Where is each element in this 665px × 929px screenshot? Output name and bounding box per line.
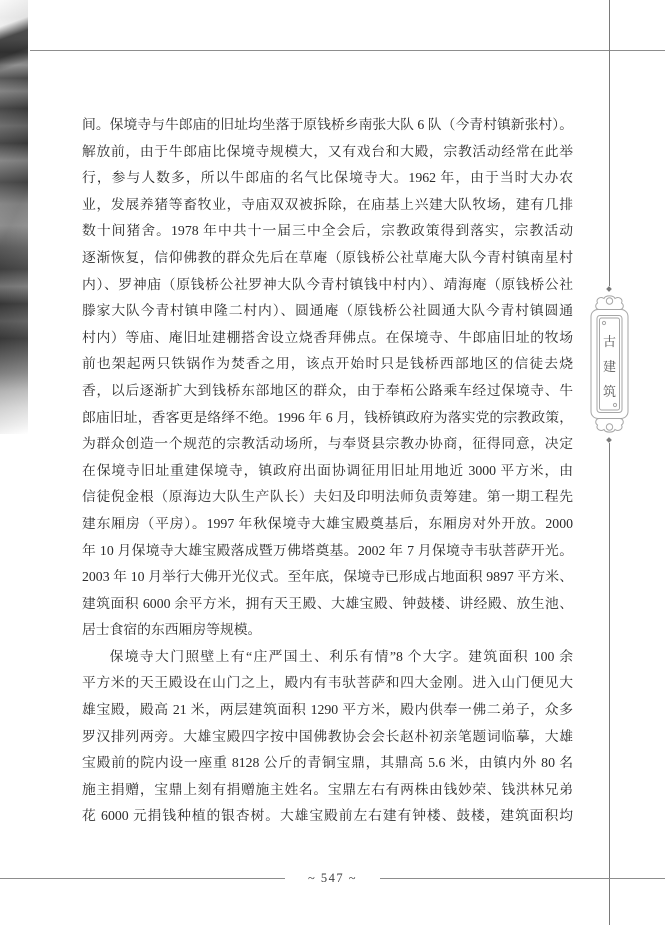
footer-rule-left (0, 878, 285, 879)
text-line: 业，发展养猪等畜牧业，寺庙双双被拆除，在庙基上兴建大队牧场，建有几排 (82, 192, 573, 219)
margin-photo (0, 0, 28, 434)
text-line: 村内）等庙、庵旧址建棚搭舍设立烧香拜佛点。在保境寺、牛郎庙旧址的牧场 (82, 325, 573, 352)
text-line: 在保境寺旧址重建保境寺，镇政府出面协调征用旧址用地近 3000 平方米，由 (82, 458, 573, 485)
text-line: 为群众创造一个规范的宗教活动场所，与奉贤县宗教办协商，征得同意，决定 (82, 431, 573, 458)
text-line: 内）、罗神庙（原钱桥公社罗神大队今青村镇钱中村内）、靖海庵（原钱桥公社 (82, 272, 573, 299)
text-line: 前也架起两只铁锅作为焚香之用，该点开始时只是钱桥西部地区的信徒去烧 (82, 351, 573, 378)
rule-end-dot-bottom (606, 437, 612, 443)
text-line: 2003 年 10 月举行大佛开光仪式。至年底，保境寺已形成占地面积 9897 … (82, 564, 573, 591)
chapter-tab-char-2: 建 (603, 359, 616, 374)
text-line: 数十间猪舍。1978 年中共十一届三中全会后，宗教政策得到落实，宗教活动 (82, 218, 573, 245)
text-line: 郎庙旧址，香客更是络绎不绝。1996 年 6 月，钱桥镇政府为落实党的宗教政策， (82, 405, 573, 432)
text-line: 建筑面积 6000 余平方米，拥有天王殿、大雄宝殿、钟鼓楼、讲经殿、放生池、 (82, 591, 573, 618)
text-line: 解放前，由于牛郎庙比保境寺规模大，又有戏台和大殿，宗教活动经常在此举 (82, 139, 573, 166)
right-vertical-rule-bottom (609, 443, 610, 925)
text-line: 信徒倪金根（原海边大队生产队长）夫妇及印明法师负责筹建。第一期工程先 (82, 484, 573, 511)
text-line: 香，以后逐渐扩大到钱桥东部地区的群众，由于奉柘公路乘车经过保境寺、牛 (82, 378, 573, 405)
text-line: 花 6000 元捐钱种植的银杏树。大雄宝殿前左右建有钟楼、鼓楼，建筑面积均 (82, 803, 573, 830)
chapter-tab-char-3: 筑 (603, 384, 616, 399)
book-page: 古 建 筑 间。保境寺与牛郎庙的旧址均坐落于原钱桥乡南张大队 6 队（今青村镇新… (0, 0, 665, 929)
page-number: ~ 547 ~ (308, 871, 357, 886)
text-line: 保境寺大门照壁上有“庄严国土、利乐有情”8 个大字。建筑面积 100 余 (82, 644, 573, 671)
footer-rule-right (380, 878, 665, 879)
right-vertical-rule-top (609, 0, 610, 286)
text-line: 罗汉排列两旁。大雄宝殿四字按中国佛教协会会长赵朴初亲笔题词临摹，大雄 (82, 724, 573, 751)
text-line: 年 10 月保境寺大雄宝殿落成暨万佛塔奠基。2002 年 7 月保境寺韦驮菩萨开… (82, 538, 573, 565)
text-line: 滕家大队今青村镇申隆二村内）、圆通庵（原钱桥公社圆通大队今青村镇圆通 (82, 298, 573, 325)
chapter-tab: 古 建 筑 (586, 293, 633, 435)
text-line: 间。保境寺与牛郎庙的旧址均坐落于原钱桥乡南张大队 6 队（今青村镇新张村）。 (82, 112, 573, 139)
page-footer: ~ 547 ~ (0, 871, 665, 885)
text-line: 施主捐赠，宝鼎上刻有捐赠施主姓名。宝鼎左右有两株由钱妙荣、钱洪林兄弟 (82, 777, 573, 804)
text-line: 建东厢房（平房）。1997 年秋保境寺大雄宝殿奠基后，东厢房对外开放。2000 (82, 511, 573, 538)
text-line: 宝殿前的院内设一座重 8128 公斤的青铜宝鼎，其鼎高 5.6 米，由镇内外 8… (82, 750, 573, 777)
rule-end-dot-top (606, 286, 612, 292)
text-line: 逐渐恢复，信仰佛教的群众先后在草庵（原钱桥公社草庵大队今青村镇南星村 (82, 245, 573, 272)
text-line: 居士食宿的东西厢房等规模。 (82, 617, 573, 644)
plaque-ornament-icon: 古 建 筑 (586, 293, 633, 435)
top-rule (30, 50, 665, 51)
text-line: 平方米的天王殿设在山门之上，殿内有韦驮菩萨和四大金刚。进入山门便见大 (82, 670, 573, 697)
body-text: 间。保境寺与牛郎庙的旧址均坐落于原钱桥乡南张大队 6 队（今青村镇新张村）。解放… (82, 112, 573, 830)
text-line: 行，参与人数多，所以牛郎庙的名气比保境寺大。1962 年，由于当时大办农 (82, 165, 573, 192)
text-line: 雄宝殿，殿高 21 米，两层建筑面积 1290 平方米，殿内供奉一佛二弟子，众多 (82, 697, 573, 724)
chapter-tab-char-1: 古 (603, 334, 616, 349)
